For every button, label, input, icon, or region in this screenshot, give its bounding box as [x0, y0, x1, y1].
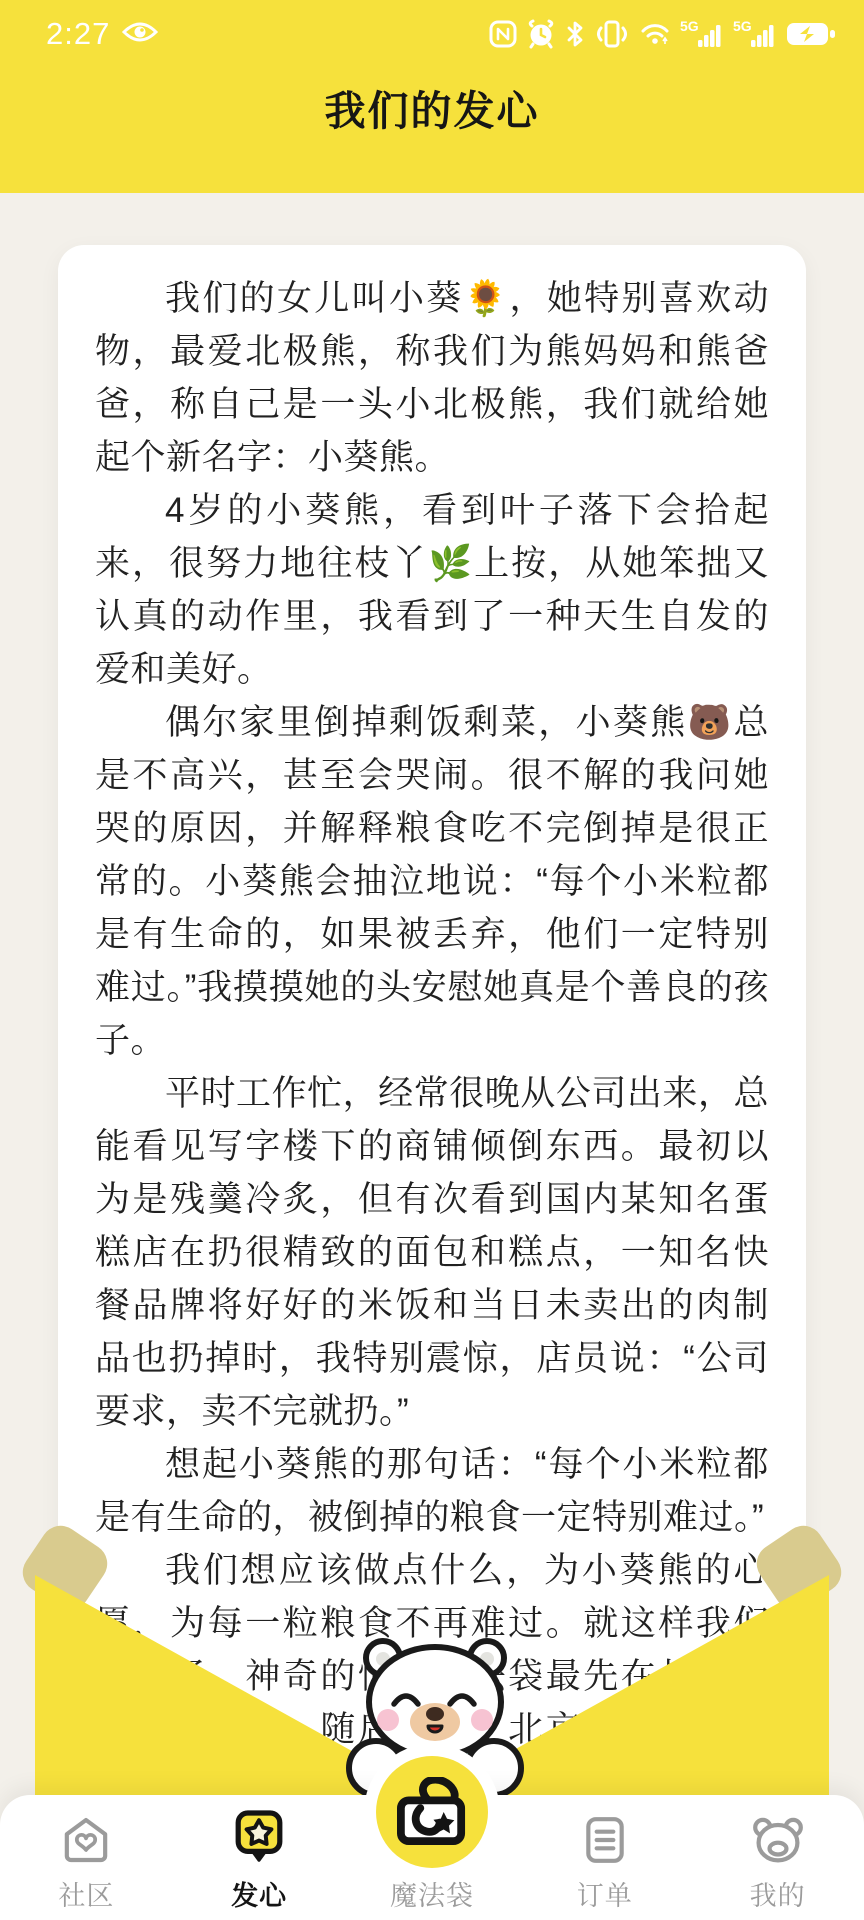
status-icons: 5G 5G — [489, 19, 836, 49]
nfc-icon — [489, 20, 517, 48]
star-badge-icon — [233, 1815, 285, 1865]
tab-orders[interactable]: 订单 — [518, 1795, 691, 1920]
status-bar: 2:27 — [0, 0, 864, 52]
header: 2:27 — [0, 0, 864, 193]
tab-label: 我的 — [750, 1874, 806, 1913]
bluetooth-icon — [565, 20, 585, 48]
tab-mine[interactable]: 我的 — [691, 1795, 864, 1920]
letter-paragraph: 4岁的小葵熊，看到叶子落下会拾起来，很努力地往枝丫🌿上按，从她笨拙又认真的动作里… — [95, 484, 769, 696]
order-list-icon — [581, 1815, 629, 1865]
battery-charging-icon — [786, 20, 836, 48]
magic-bag-button-circle — [376, 1756, 488, 1868]
tab-label: 订单 — [577, 1874, 633, 1913]
vibrate-icon — [594, 20, 630, 48]
app-screen: 2:27 — [0, 0, 864, 1920]
tab-community[interactable]: 社区 — [0, 1795, 173, 1920]
letter-paragraph: 偶尔家里倒掉剩饭剩菜，小葵熊🐻总是不高兴，甚至会哭闹。很不解的我问她哭的原因，并… — [95, 696, 769, 1067]
magic-bag-icon — [395, 1777, 469, 1847]
eye-icon — [122, 20, 158, 49]
tab-label: 社区 — [58, 1874, 114, 1913]
page-title: 我们的发心 — [0, 78, 864, 137]
network-label: 5G — [680, 19, 699, 34]
tab-label: 发心 — [231, 1874, 287, 1913]
letter-paragraph: 平时工作忙，经常很晚从公司出来，总能看见写字楼下的商铺倾倒东西。最初以为是残羹冷… — [95, 1067, 769, 1438]
tab-faxin[interactable]: 发心 — [173, 1795, 346, 1920]
signal-5g-icon: 5G — [680, 19, 724, 49]
home-heart-icon — [61, 1815, 111, 1865]
signal-5g-icon: 5G — [733, 19, 777, 49]
network-label: 5G — [733, 19, 752, 34]
status-time: 2:27 — [46, 16, 110, 52]
wifi-icon — [639, 21, 671, 47]
letter-paragraph: 我们的女儿叫小葵🌻，她特别喜欢动物，最爱北极熊，称我们为熊妈妈和熊爸爸，称自己是… — [95, 272, 769, 484]
bear-face-icon — [751, 1815, 805, 1865]
alarm-icon — [526, 19, 556, 49]
status-time-group: 2:27 — [46, 16, 158, 52]
magic-bag-button[interactable] — [364, 1744, 500, 1880]
